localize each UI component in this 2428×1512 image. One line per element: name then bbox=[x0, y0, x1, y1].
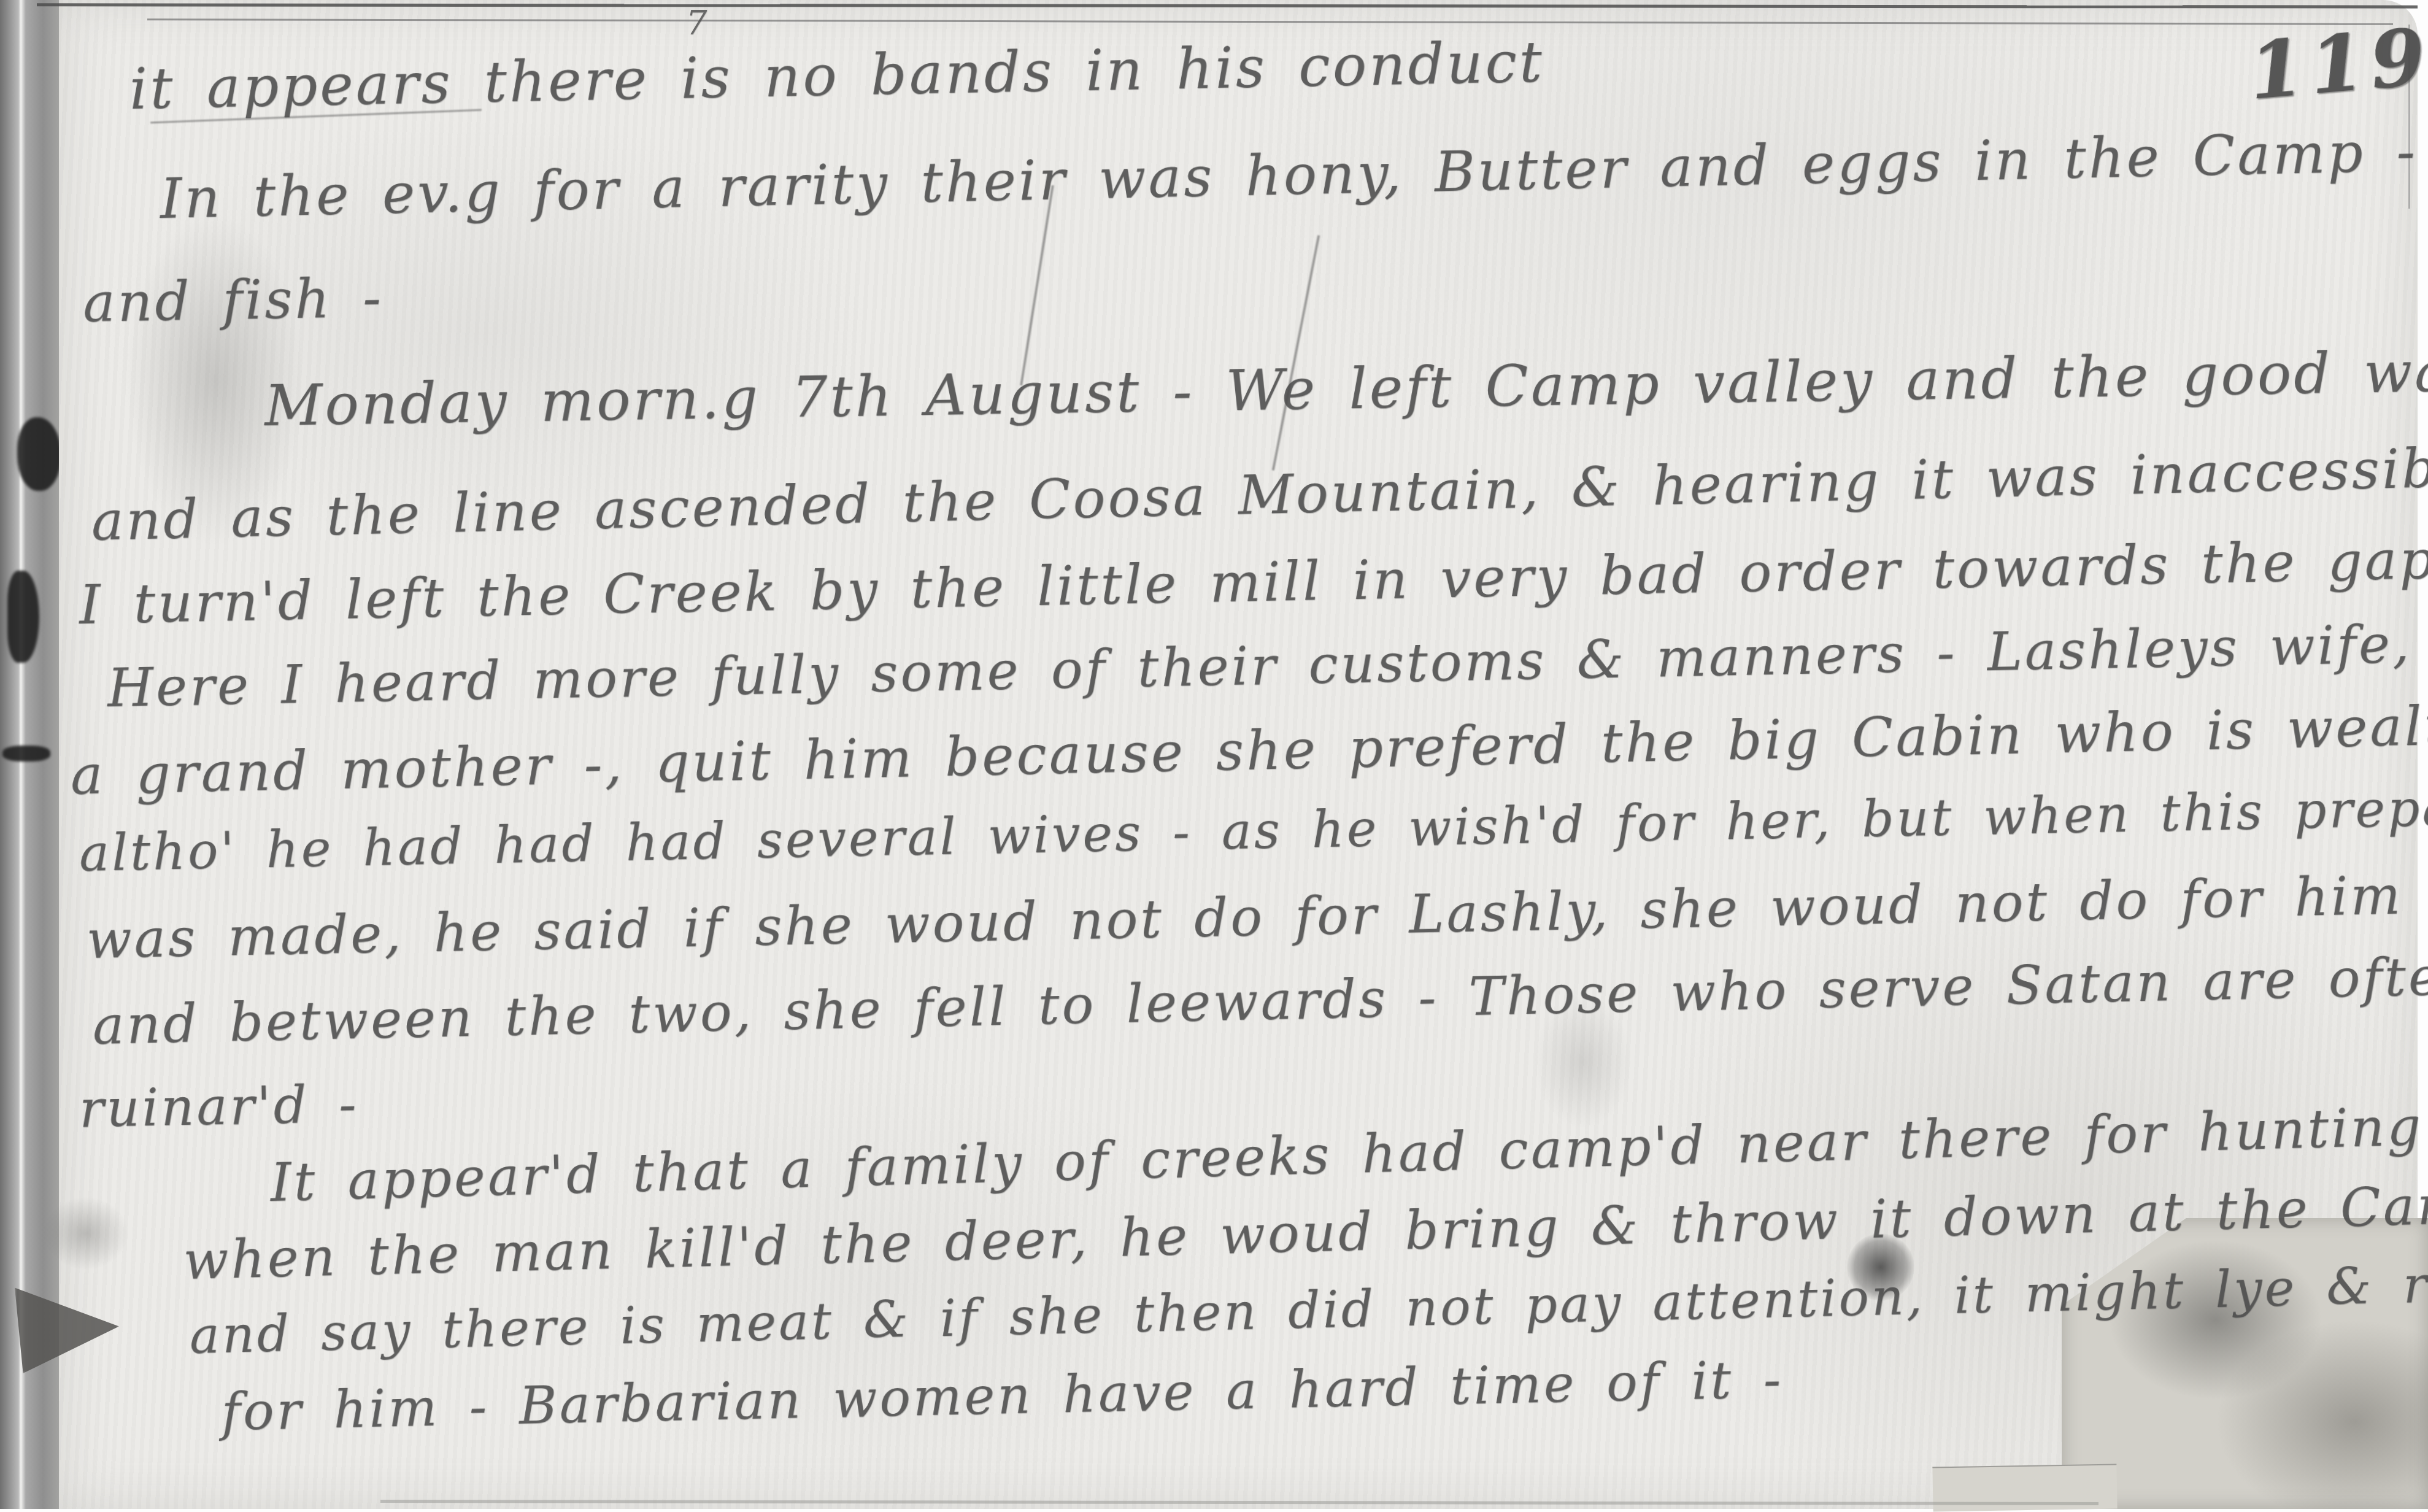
top-center-mark: 7 bbox=[686, 4, 709, 42]
ink-blot bbox=[2, 746, 50, 762]
manuscript-line-12: ruinar'd - bbox=[79, 1074, 359, 1139]
scanned-manuscript-page: 7 119 it appears there is no bands in hi… bbox=[0, 0, 2428, 1509]
ink-blot bbox=[17, 417, 61, 491]
ink-blot bbox=[7, 571, 39, 663]
page-number: 119 bbox=[2245, 10, 2428, 118]
manuscript-line-3: and fish - bbox=[82, 266, 383, 334]
